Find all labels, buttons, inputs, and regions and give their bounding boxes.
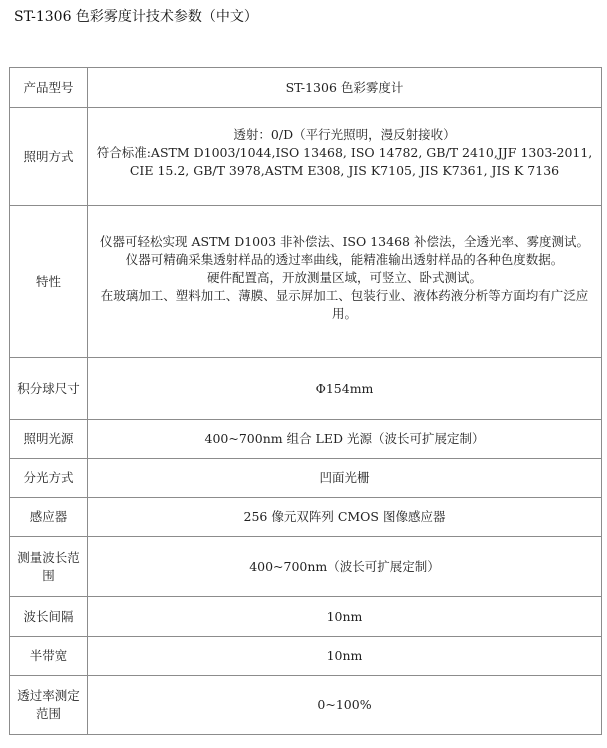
value-line: ST-1306 色彩雾度计 [94, 79, 595, 97]
table-row-wavelength-interval: 波长间隔 10nm [10, 597, 602, 637]
row-value: 0~100% [88, 676, 602, 735]
row-label: 半带宽 [10, 637, 88, 676]
value-line: 凹面光栅 [94, 469, 595, 487]
table-row-sensor: 感应器 256 像元双阵列 CMOS 图像感应器 [10, 498, 602, 537]
value-line: 在玻璃加工、塑料加工、薄膜、显示屏加工、包装行业、液体药液分析等方面均有广泛应用… [94, 287, 595, 323]
row-value: 256 像元双阵列 CMOS 图像感应器 [88, 498, 602, 537]
table-row-wavelength-range: 测量波长范围 400~700nm（波长可扩展定制） [10, 537, 602, 597]
row-label: 照明方式 [10, 108, 88, 206]
table-row-spectral-method: 分光方式 凹面光栅 [10, 459, 602, 498]
row-label: 分光方式 [10, 459, 88, 498]
row-label: 波长间隔 [10, 597, 88, 637]
row-value: 凹面光栅 [88, 459, 602, 498]
row-value: Φ154mm [88, 358, 602, 420]
table-row-half-bandwidth: 半带宽 10nm [10, 637, 602, 676]
value-line: 仪器可轻松实现 ASTM D1003 非补偿法、ISO 13468 补偿法，全透… [94, 233, 595, 251]
row-value: 仪器可轻松实现 ASTM D1003 非补偿法、ISO 13468 补偿法，全透… [88, 206, 602, 358]
row-label: 产品型号 [10, 68, 88, 108]
row-value: 400~700nm 组合 LED 光源（波长可扩展定制） [88, 420, 602, 459]
value-line: 硬件配置高，开放测量区域，可竖立、卧式测试。 [94, 269, 595, 287]
value-line: 10nm [94, 608, 595, 626]
table-row-illumination-mode: 照明方式 透射：0/D（平行光照明，漫反射接收） 符合标准:ASTM D1003… [10, 108, 602, 206]
document-title: ST-1306 色彩雾度计技术参数（中文） [14, 8, 258, 26]
value-line: 400~700nm 组合 LED 光源（波长可扩展定制） [94, 430, 595, 448]
value-line: 符合标准:ASTM D1003/1044,ISO 13468, ISO 1478… [94, 144, 595, 180]
row-label: 积分球尺寸 [10, 358, 88, 420]
value-line: 10nm [94, 647, 595, 665]
row-label: 感应器 [10, 498, 88, 537]
table-row-sphere-size: 积分球尺寸 Φ154mm [10, 358, 602, 420]
row-label: 测量波长范围 [10, 537, 88, 597]
table-row-features: 特性 仪器可轻松实现 ASTM D1003 非补偿法、ISO 13468 补偿法… [10, 206, 602, 358]
row-label: 特性 [10, 206, 88, 358]
value-line: 0~100% [94, 696, 595, 714]
table-row-light-source: 照明光源 400~700nm 组合 LED 光源（波长可扩展定制） [10, 420, 602, 459]
value-line: 256 像元双阵列 CMOS 图像感应器 [94, 508, 595, 526]
table-row-transmittance-range: 透过率测定范围 0~100% [10, 676, 602, 735]
table-row-model: 产品型号 ST-1306 色彩雾度计 [10, 68, 602, 108]
spec-table: 产品型号 ST-1306 色彩雾度计 照明方式 透射：0/D（平行光照明，漫反射… [9, 67, 602, 735]
row-value: ST-1306 色彩雾度计 [88, 68, 602, 108]
value-line: 透射：0/D（平行光照明，漫反射接收） [94, 126, 595, 144]
value-line: Φ154mm [94, 380, 595, 398]
row-value: 10nm [88, 597, 602, 637]
row-value: 10nm [88, 637, 602, 676]
value-line: 仪器可精确采集透射样品的透过率曲线，能精准输出透射样品的各种色度数据。 [94, 251, 595, 269]
value-line: 400~700nm（波长可扩展定制） [94, 558, 595, 576]
row-label: 透过率测定范围 [10, 676, 88, 735]
row-label: 照明光源 [10, 420, 88, 459]
row-value: 透射：0/D（平行光照明，漫反射接收） 符合标准:ASTM D1003/1044… [88, 108, 602, 206]
row-value: 400~700nm（波长可扩展定制） [88, 537, 602, 597]
